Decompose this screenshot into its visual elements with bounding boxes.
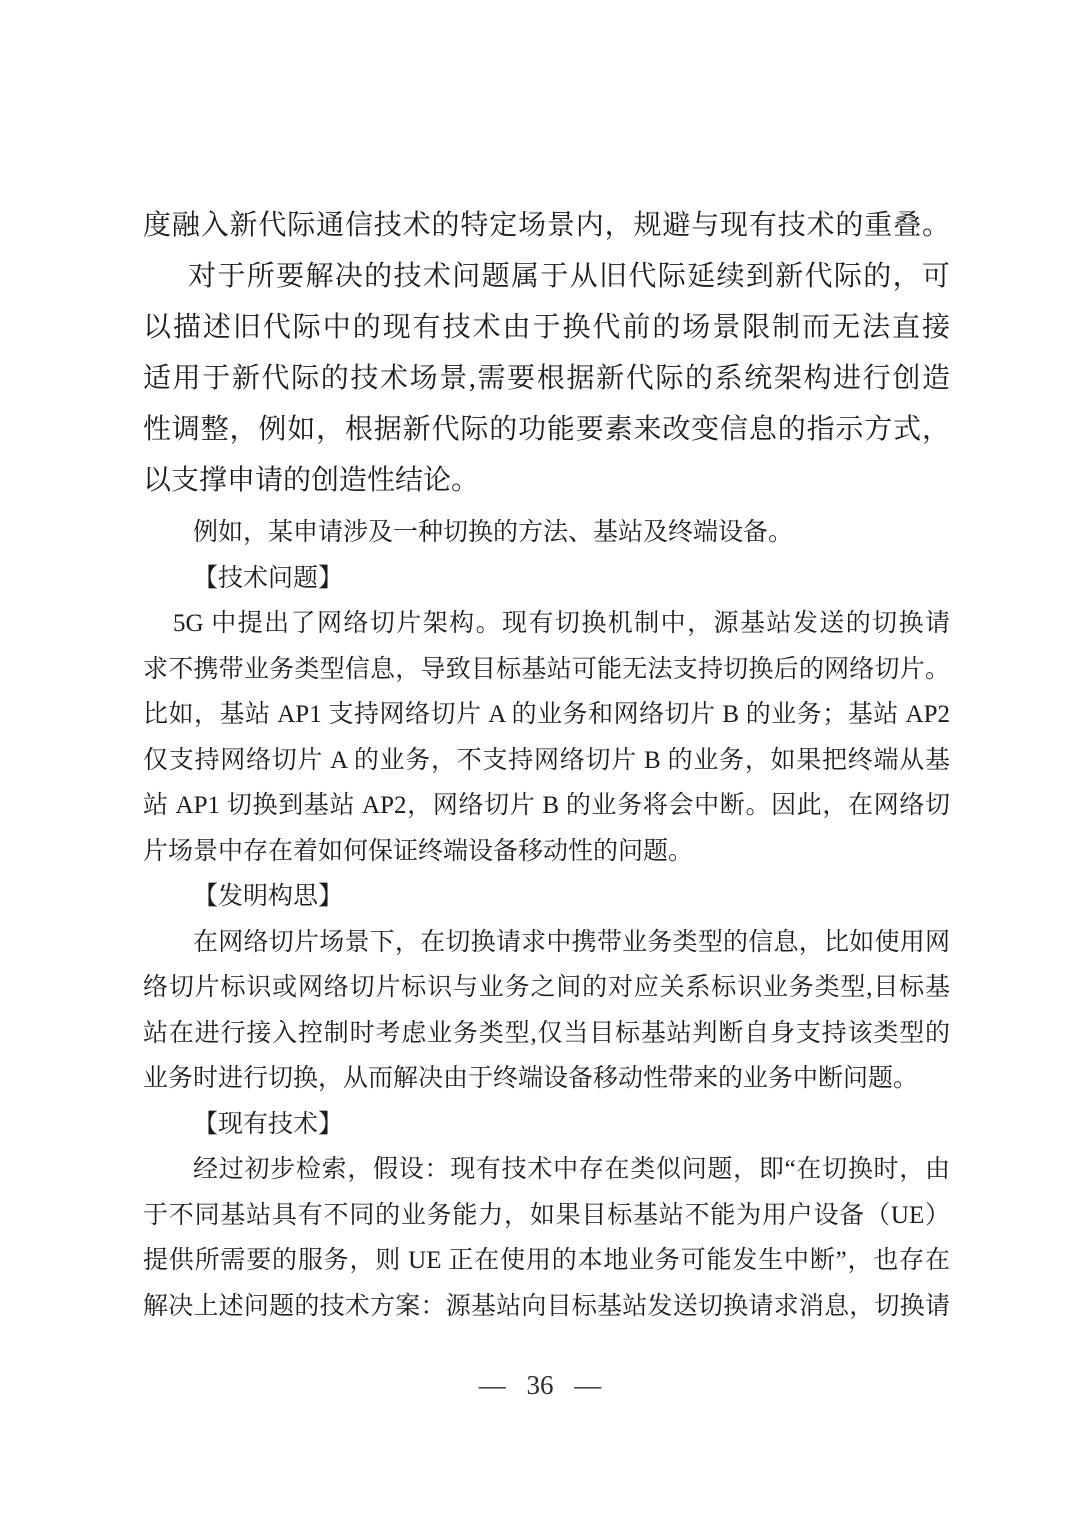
text-line: 5G 中提出了网络切片架构。现有切换机制中，源基站发送的切换请	[143, 601, 950, 647]
text-line: 以支撑申请的创造性结论。	[143, 455, 950, 506]
body-paragraph: 例如，某申请涉及一种切换的方法、基站及终端设备。	[143, 510, 950, 556]
page-footer: — 36 —	[0, 1368, 1080, 1402]
text-line: 业务时进行切换，从而解决由于终端设备移动性带来的业务中断问题。	[143, 1056, 950, 1102]
text-line: 求不携带业务类型信息，导致目标基站可能无法支持切换后的网络切片。	[143, 647, 950, 693]
text-line: 【发明构思】	[143, 874, 950, 920]
text-line: 例如，某申请涉及一种切换的方法、基站及终端设备。	[143, 510, 950, 556]
text-line: 比如，基站 AP1 支持网络切片 A 的业务和网络切片 B 的业务；基站 AP2	[143, 692, 950, 738]
text-line: 【现有技术】	[143, 1102, 950, 1148]
text-line: 于不同基站具有不同的业务能力，如果目标基站不能为用户设备（UE）	[143, 1193, 950, 1239]
body-paragraph: 经过初步检索，假设：现有技术中存在类似问题，即“在切换时，由于不同基站具有不同的…	[143, 1147, 950, 1329]
text-line: 片场景中存在着如何保证终端设备移动性的问题。	[143, 829, 950, 875]
text-line: 以描述旧代际中的现有技术由于换代前的场景限制而无法直接	[143, 302, 950, 353]
document-page: 度融入新代际通信技术的特定场景内，规避与现有技术的重叠。对于所要解决的技术问题属…	[0, 0, 1080, 1527]
text-line: 性调整，例如，根据新代际的功能要素来改变信息的指示方式，	[143, 404, 950, 455]
body-paragraph: 度融入新代际通信技术的特定场景内，规避与现有技术的重叠。	[143, 200, 950, 251]
text-line: 站 AP1 切换到基站 AP2，网络切片 B 的业务将会中断。因此，在网络切	[143, 783, 950, 829]
text-line: 在网络切片场景下，在切换请求中携带业务类型的信息，比如使用网	[143, 920, 950, 966]
text-column: 度融入新代际通信技术的特定场景内，规避与现有技术的重叠。对于所要解决的技术问题属…	[143, 200, 950, 1329]
section-heading: 【技术问题】	[143, 556, 950, 602]
text-line: 仅支持网络切片 A 的业务，不支持网络切片 B 的业务，如果把终端从基	[143, 738, 950, 784]
body-paragraph: 对于所要解决的技术问题属于从旧代际延续到新代际的，可以描述旧代际中的现有技术由于…	[143, 251, 950, 506]
body-paragraph: 5G 中提出了网络切片架构。现有切换机制中，源基站发送的切换请求不携带业务类型信…	[143, 601, 950, 874]
text-line: 站在进行接入控制时考虑业务类型,仅当目标基站判断自身支持该类型的	[143, 1011, 950, 1057]
text-line: 络切片标识或网络切片标识与业务之间的对应关系标识业务类型,目标基	[143, 965, 950, 1011]
footer-page-number: 36	[527, 1368, 554, 1402]
text-line: 提供所需要的服务，则 UE 正在使用的本地业务可能发生中断”，也存在	[143, 1238, 950, 1284]
text-line: 经过初步检索，假设：现有技术中存在类似问题，即“在切换时，由	[143, 1147, 950, 1193]
body-paragraph: 在网络切片场景下，在切换请求中携带业务类型的信息，比如使用网络切片标识或网络切片…	[143, 920, 950, 1102]
text-line: 【技术问题】	[143, 556, 950, 602]
footer-dash-left: —	[479, 1368, 506, 1402]
section-heading: 【现有技术】	[143, 1102, 950, 1148]
footer-dash-right: —	[574, 1368, 601, 1402]
section-heading: 【发明构思】	[143, 874, 950, 920]
text-line: 解决上述问题的技术方案：源基站向目标基站发送切换请求消息，切换请	[143, 1284, 950, 1330]
text-line: 适用于新代际的技术场景,需要根据新代际的系统架构进行创造	[143, 353, 950, 404]
text-line: 度融入新代际通信技术的特定场景内，规避与现有技术的重叠。	[143, 200, 950, 251]
text-line: 对于所要解决的技术问题属于从旧代际延续到新代际的，可	[143, 251, 950, 302]
